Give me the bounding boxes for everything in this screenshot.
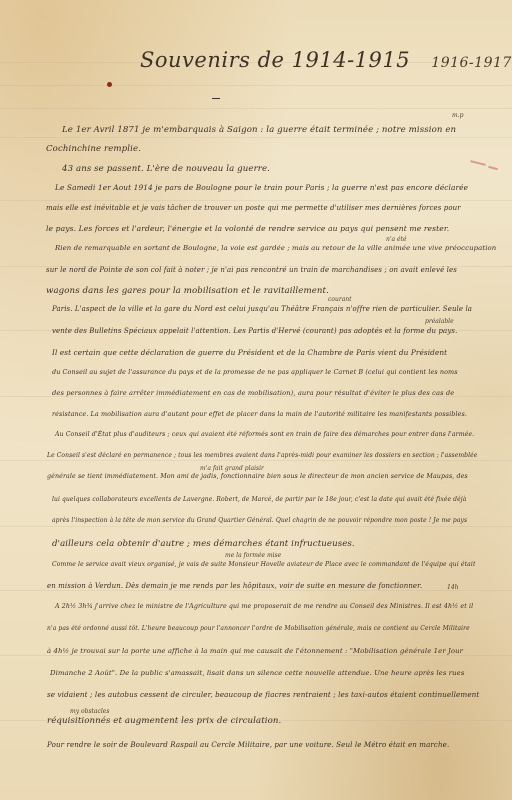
ruled-line [0, 655, 512, 656]
title-main: Souvenirs de 1914-1915 [140, 48, 410, 72]
manuscript-line: lui quelques collaborateurs excellents d… [52, 496, 466, 503]
red-pencil-mark [488, 166, 498, 170]
manuscript-line: se vidaient ; les autobus cessent de cir… [47, 690, 479, 699]
insertion: préalable [425, 318, 454, 325]
insertion: my obstacles [70, 708, 109, 715]
manuscript-line: Cochinchine remplie. [46, 144, 141, 154]
manuscript-line: du Conseil au sujet de l'assurance du pa… [52, 368, 458, 376]
ruled-line [0, 85, 512, 86]
red-ink-dot [107, 82, 112, 87]
insertion: m.p [452, 112, 463, 119]
manuscript-line: résistance. La mobilisation aura d'autan… [52, 410, 467, 418]
insertion: n'a été [386, 236, 407, 243]
manuscript-line: Il est certain que cette déclaration de … [52, 348, 447, 357]
ruled-line [0, 526, 512, 527]
manuscript-line: Paris. L'aspect de la ville et la gare d… [52, 305, 472, 313]
manuscript-line: après l'inspection à la tête de mon serv… [52, 517, 467, 524]
title-continuation-years: 1916-1917-1918-1919 [431, 55, 512, 71]
ruled-line [0, 200, 512, 201]
insertion: me la formée mise [225, 552, 281, 559]
manuscript-line: le pays. Les forces et l'ardeur, l'énerg… [46, 224, 449, 233]
ruled-line [0, 460, 512, 461]
manuscript-line: générale se tient immédiatement. Mon ami… [47, 473, 468, 480]
manuscript-line: d'ailleurs cela obtenir d'autre ; mes dé… [52, 539, 355, 549]
insertion: 14h [447, 584, 459, 591]
manuscript-line: n'a pas été ordonné aussi tôt. L'heure b… [47, 625, 470, 632]
manuscript-line: A 2h½ 3h¾ j'arrive chez le ministre de l… [55, 603, 473, 610]
manuscript-line: wagons dans les gares pour la mobilisati… [46, 286, 329, 296]
manuscript-line: en mission à Verdun. Dès demain je me re… [47, 582, 422, 590]
ruled-line [0, 590, 512, 591]
manuscript-line: Comme le service avait vieux organisé, j… [52, 561, 476, 568]
manuscript-line: Le Samedi 1er Aout 1914 je pars de Boulo… [55, 183, 468, 192]
manuscript-line: des personnes à faire arrêter immédiatem… [52, 389, 454, 397]
manuscript-line: Rien de remarquable en sortant de Boulog… [55, 244, 496, 252]
manuscript-line: Le 1er Avril 1871 je m'embarquais à Saig… [62, 125, 456, 135]
page-title: Souvenirs de 1914-1915 1916-1917-1918-19… [140, 48, 512, 72]
insertion: courant [328, 296, 352, 303]
manuscript-page: Souvenirs de 1914-1915 1916-1917-1918-19… [0, 0, 512, 800]
insertion: m'a fait grand plaisir [200, 465, 264, 472]
manuscript-line: 43 ans se passent. L'ère de nouveau la g… [62, 164, 270, 174]
manuscript-line: Au Conseil d'État plus d'auditeurs ; ceu… [55, 431, 474, 438]
manuscript-line: réquisitionnés et augmentent les prix de… [47, 716, 281, 726]
manuscript-line: Pour rendre le soir de Boulevard Raspail… [47, 740, 449, 749]
manuscript-line: sur le nord de Pointe de son col fait à … [46, 266, 457, 274]
manuscript-line: mais elle est inévitable et je vais tâch… [46, 204, 461, 212]
manuscript-line: à 4h½ je trouvai sur la porte une affich… [47, 647, 463, 655]
title-underline [212, 98, 220, 99]
manuscript-line: Le Conseil s'est déclaré en permanence ;… [47, 452, 477, 459]
manuscript-line: Dimanche 2 Août". De la public s'amassai… [50, 669, 465, 677]
ruled-line [0, 108, 512, 109]
red-pencil-mark [470, 160, 486, 166]
manuscript-line: vente des Bulletins Spéciaux appelait l'… [52, 327, 457, 335]
ruled-line [0, 137, 512, 138]
